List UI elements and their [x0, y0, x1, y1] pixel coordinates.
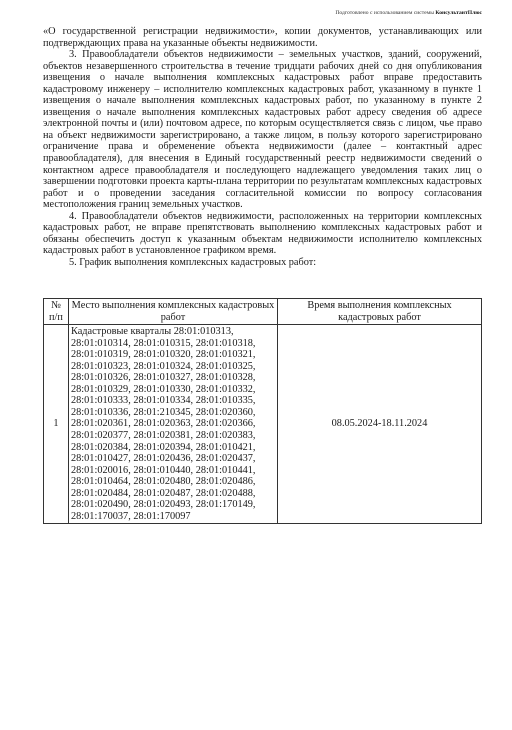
- header-place: Место выполнения комплексных кадастровых…: [69, 299, 278, 325]
- cadastral-quarter-line: 28:01:010464, 28:01:020480, 28:01:020486…: [71, 476, 275, 488]
- paragraph-5: 5. График выполнения комплексных кадастр…: [43, 257, 482, 269]
- header-time: Время выполнения комплексных кадастровых…: [278, 299, 482, 325]
- table-header-row: № п/п Место выполнения комплексных кадас…: [44, 299, 482, 325]
- row-num: 1: [44, 325, 69, 524]
- header-num: № п/п: [44, 299, 69, 325]
- header-prefix: Подготовлено с использованием системы: [335, 10, 434, 16]
- row-place: Кадастровые кварталы 28:01:010313,28:01:…: [69, 325, 278, 524]
- document-header: Подготовлено с использованием системы Ко…: [335, 10, 482, 16]
- document-body: «О государственной регистрации недвижимо…: [43, 26, 482, 268]
- cadastral-quarter-line: Кадастровые кварталы 28:01:010313,: [71, 326, 275, 338]
- cadastral-quarter-line: 28:01:020484, 28:01:020487, 28:01:020488…: [71, 488, 275, 500]
- cadastral-quarter-line: 28:01:020384, 28:01:020394, 28:01:010421…: [71, 442, 275, 454]
- cadastral-quarter-line: 28:01:010323, 28:01:010324, 28:01:010325…: [71, 361, 275, 373]
- cadastral-quarter-line: 28:01:010319, 28:01:010320, 28:01:010321…: [71, 349, 275, 361]
- cadastral-quarter-line: 28:01:020377, 28:01:020381, 28:01:020383…: [71, 430, 275, 442]
- header-brand: КонсультантПлюс: [435, 10, 482, 16]
- cadastral-quarter-line: 28:01:020361, 28:01:020363, 28:01:020366…: [71, 418, 275, 430]
- cadastral-quarter-line: 28:01:020016, 28:01:010440, 28:01:010441…: [71, 465, 275, 477]
- paragraph-continuation: «О государственной регистрации недвижимо…: [43, 26, 482, 49]
- cadastral-quarter-line: 28:01:010314, 28:01:010315, 28:01:010318…: [71, 338, 275, 350]
- schedule-table: № п/п Место выполнения комплексных кадас…: [43, 298, 482, 524]
- paragraph-4: 4. Правообладатели объектов недвижимости…: [43, 211, 482, 257]
- cadastral-quarter-line: 28:01:170037, 28:01:170097: [71, 511, 275, 523]
- row-time: 08.05.2024-18.11.2024: [278, 325, 482, 524]
- cadastral-quarter-line: 28:01:010329, 28:01:010330, 28:01:010332…: [71, 384, 275, 396]
- cadastral-quarter-line: 28:01:010336, 28:01:210345, 28:01:020360…: [71, 407, 275, 419]
- cadastral-quarter-line: 28:01:020490, 28:01:020493, 28:01:170149…: [71, 499, 275, 511]
- table-row: 1 Кадастровые кварталы 28:01:010313,28:0…: [44, 325, 482, 524]
- cadastral-quarter-line: 28:01:010326, 28:01:010327, 28:01:010328…: [71, 372, 275, 384]
- paragraph-3: 3. Правообладатели объектов недвижимости…: [43, 49, 482, 211]
- cadastral-quarter-line: 28:01:010427, 28:01:020436, 28:01:020437…: [71, 453, 275, 465]
- cadastral-quarter-line: 28:01:010333, 28:01:010334, 28:01:010335…: [71, 395, 275, 407]
